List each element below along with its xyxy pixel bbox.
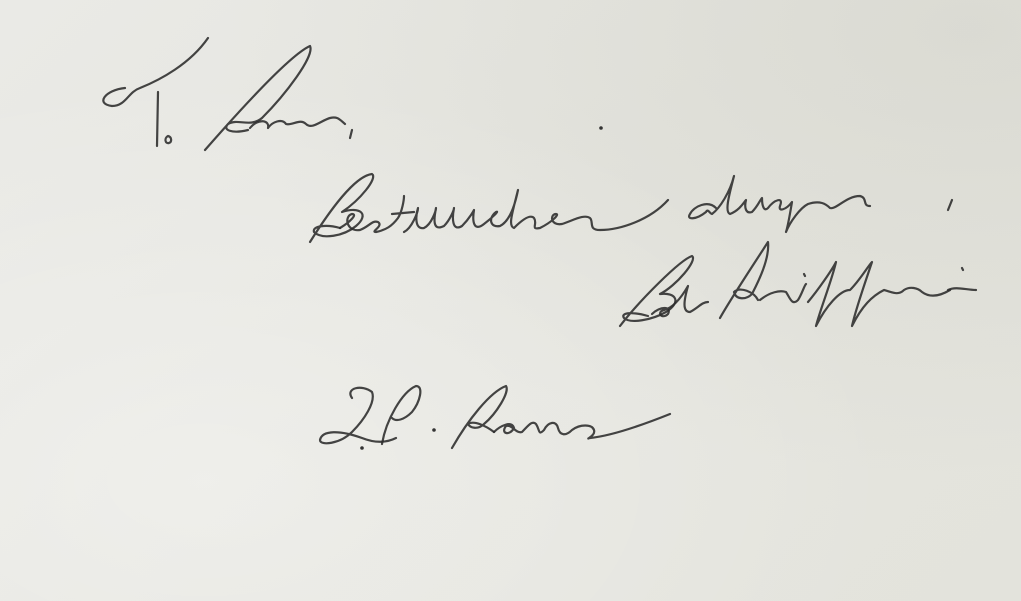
salutation-ink	[103, 38, 352, 150]
signature-1-ink	[620, 242, 976, 326]
message-ink	[310, 174, 952, 242]
signature-2-ink	[320, 386, 670, 450]
handwriting-ink	[0, 0, 1021, 601]
autograph-card: To Ron, Best wishes always, Bob Griffin …	[0, 0, 1021, 601]
